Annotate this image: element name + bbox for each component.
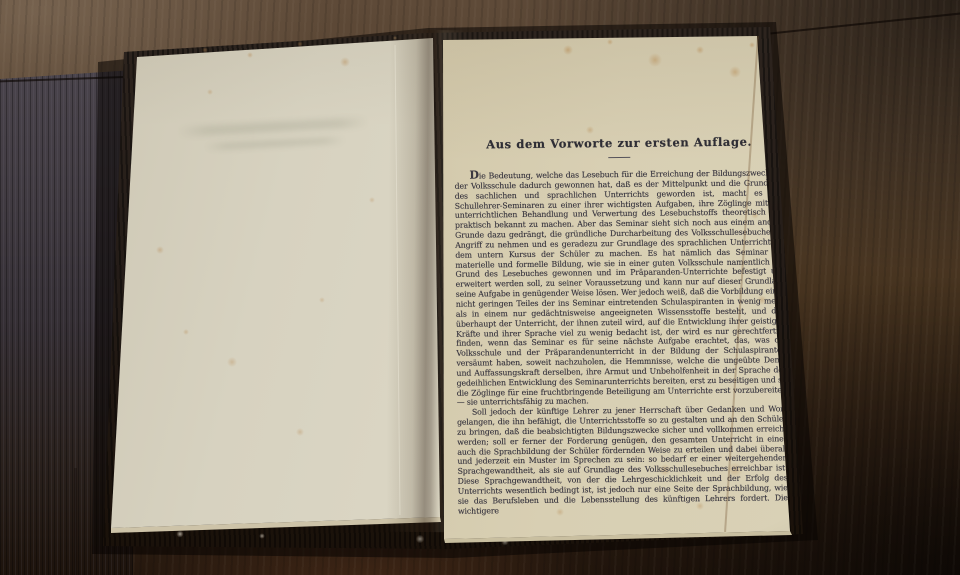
bleed-through-mark <box>178 117 368 137</box>
plank-seam-bottom-left <box>74 468 77 575</box>
heading-rule <box>608 157 630 158</box>
preface-heading: Aus dem Vorworte zur ersten Auflage. <box>454 128 784 151</box>
book-photograph: Aus dem Vorworte zur ersten Auflage. Die… <box>0 0 960 575</box>
preface-paragraph-1: Die Bedeutung, welche das Lesebuch für d… <box>454 167 786 408</box>
preface-paragraph-2: Soll jedoch der künftige Lehrer zu jener… <box>457 405 788 517</box>
bleed-through-mark <box>205 136 345 150</box>
